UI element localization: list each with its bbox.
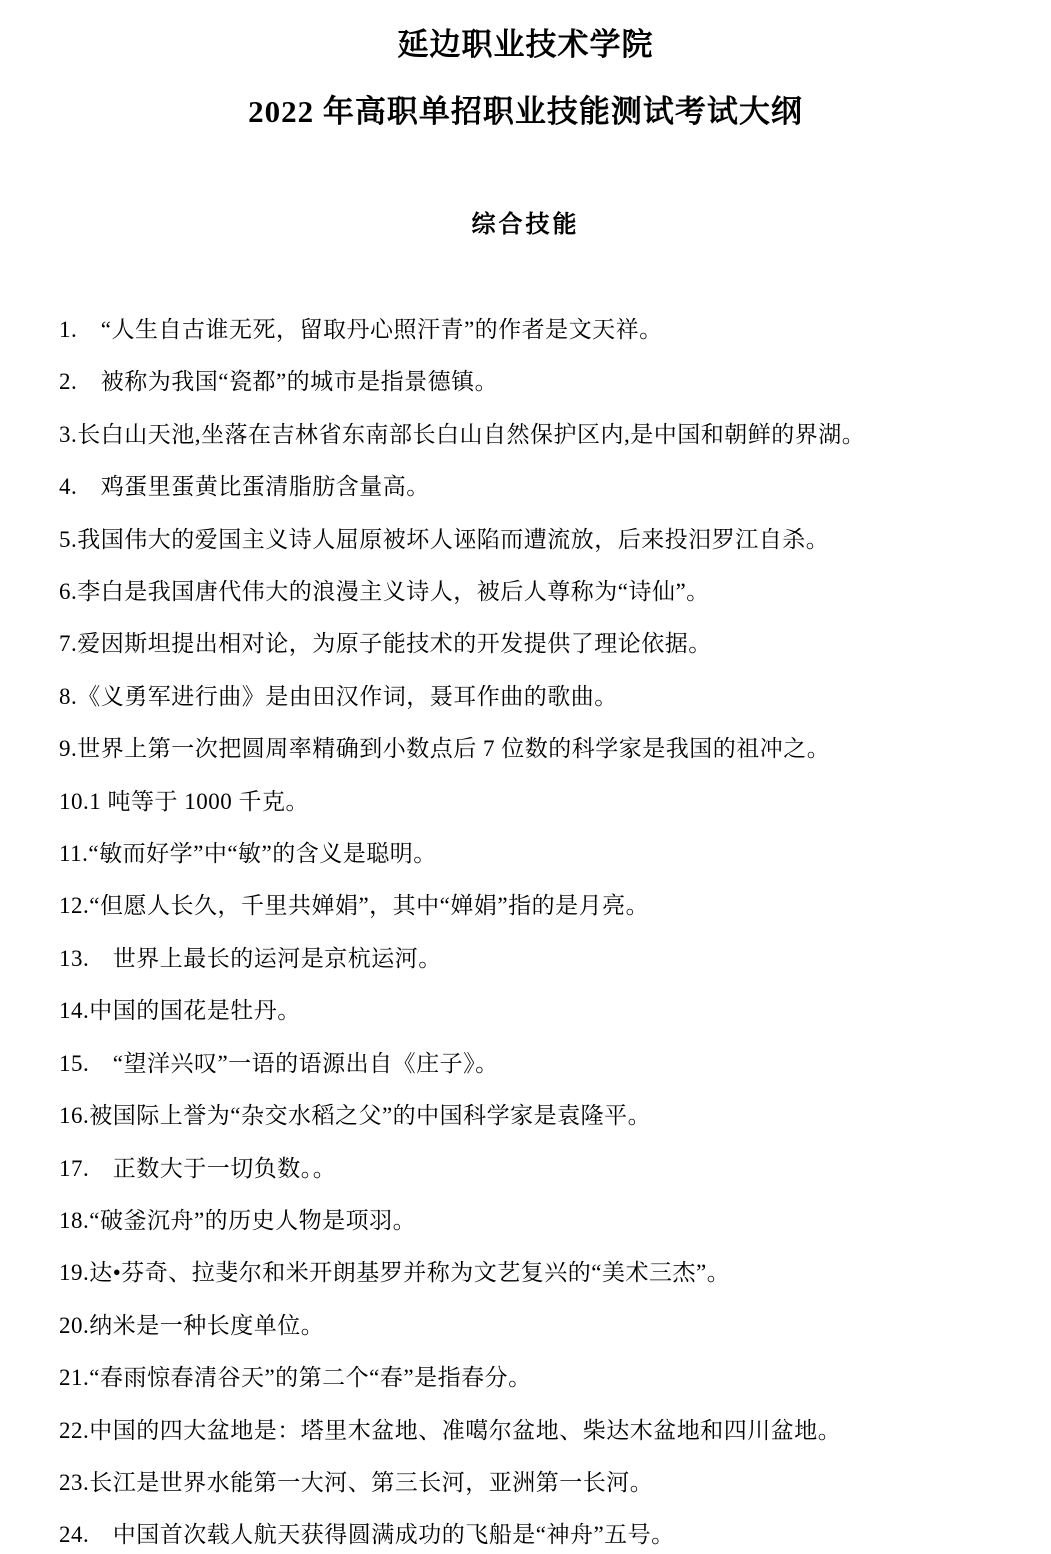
list-item: 11.“敏而好学”中“敏”的含义是聪明。	[59, 828, 1031, 880]
list-item: 6.李白是我国唐代伟大的浪漫主义诗人，被后人尊称为“诗仙”。	[59, 566, 1031, 618]
list-item: 12.“但愿人长久，千里共婵娟”，其中“婵娟”指的是月亮。	[59, 880, 1031, 932]
list-item: 14.中国的国花是牡丹。	[59, 985, 1031, 1037]
list-item: 13. 世界上最长的运河是京杭运河。	[59, 933, 1031, 985]
list-item: 19.达•芬奇、拉斐尔和米开朗基罗并称为文艺复兴的“美术三杰”。	[59, 1247, 1031, 1299]
list-item: 24. 中国首次载人航天获得圆满成功的飞船是“神舟”五号。	[59, 1509, 1031, 1554]
list-item: 20.纳米是一种长度单位。	[59, 1300, 1031, 1352]
document-page: 延边职业技术学院 2022 年高职单招职业技能测试考试大纲 综合技能 1. “人…	[0, 0, 1051, 1554]
list-item: 2. 被称为我国“瓷都”的城市是指景德镇。	[59, 356, 1031, 408]
list-item: 21.“春雨惊春清谷天”的第二个“春”是指春分。	[59, 1352, 1031, 1404]
doc-title-line2: 2022 年高职单招职业技能测试考试大纲	[0, 93, 1051, 131]
list-item: 3.长白山天池,坐落在吉林省东南部长白山自然保护区内,是中国和朝鲜的界湖。	[59, 409, 1031, 461]
list-item: 22.中国的四大盆地是：塔里木盆地、准噶尔盆地、柴达木盆地和四川盆地。	[59, 1405, 1031, 1457]
list-item: 1. “人生自古谁无死，留取丹心照汗青”的作者是文天祥。	[59, 304, 1031, 356]
list-item: 8.《义勇军进行曲》是由田汉作词，聂耳作曲的歌曲。	[59, 671, 1031, 723]
list-item: 9.世界上第一次把圆周率精确到小数点后 7 位数的科学家是我国的祖冲之。	[59, 723, 1031, 775]
list-item: 23.长江是世界水能第一大河、第三长河，亚洲第一长河。	[59, 1457, 1031, 1509]
list-item: 18.“破釜沉舟”的历史人物是项羽。	[59, 1195, 1031, 1247]
list-item: 15. “望洋兴叹”一语的语源出自《庄子》。	[59, 1038, 1031, 1090]
item-list: 1. “人生自古谁无死，留取丹心照汗青”的作者是文天祥。 2. 被称为我国“瓷都…	[0, 304, 1051, 1554]
list-item: 5.我国伟大的爱国主义诗人屈原被坏人诬陷而遭流放，后来投汨罗江自杀。	[59, 514, 1031, 566]
list-item: 16.被国际上誉为“杂交水稻之父”的中国科学家是袁隆平。	[59, 1090, 1031, 1142]
doc-title-line1: 延边职业技术学院	[0, 26, 1051, 64]
section-heading: 综合技能	[0, 208, 1051, 242]
list-item: 4. 鸡蛋里蛋黄比蛋清脂肪含量高。	[59, 461, 1031, 513]
list-item: 10.1 吨等于 1000 千克。	[59, 776, 1031, 828]
list-item: 7.爱因斯坦提出相对论，为原子能技术的开发提供了理论依据。	[59, 618, 1031, 670]
list-item: 17. 正数大于一切负数。。	[59, 1143, 1031, 1195]
